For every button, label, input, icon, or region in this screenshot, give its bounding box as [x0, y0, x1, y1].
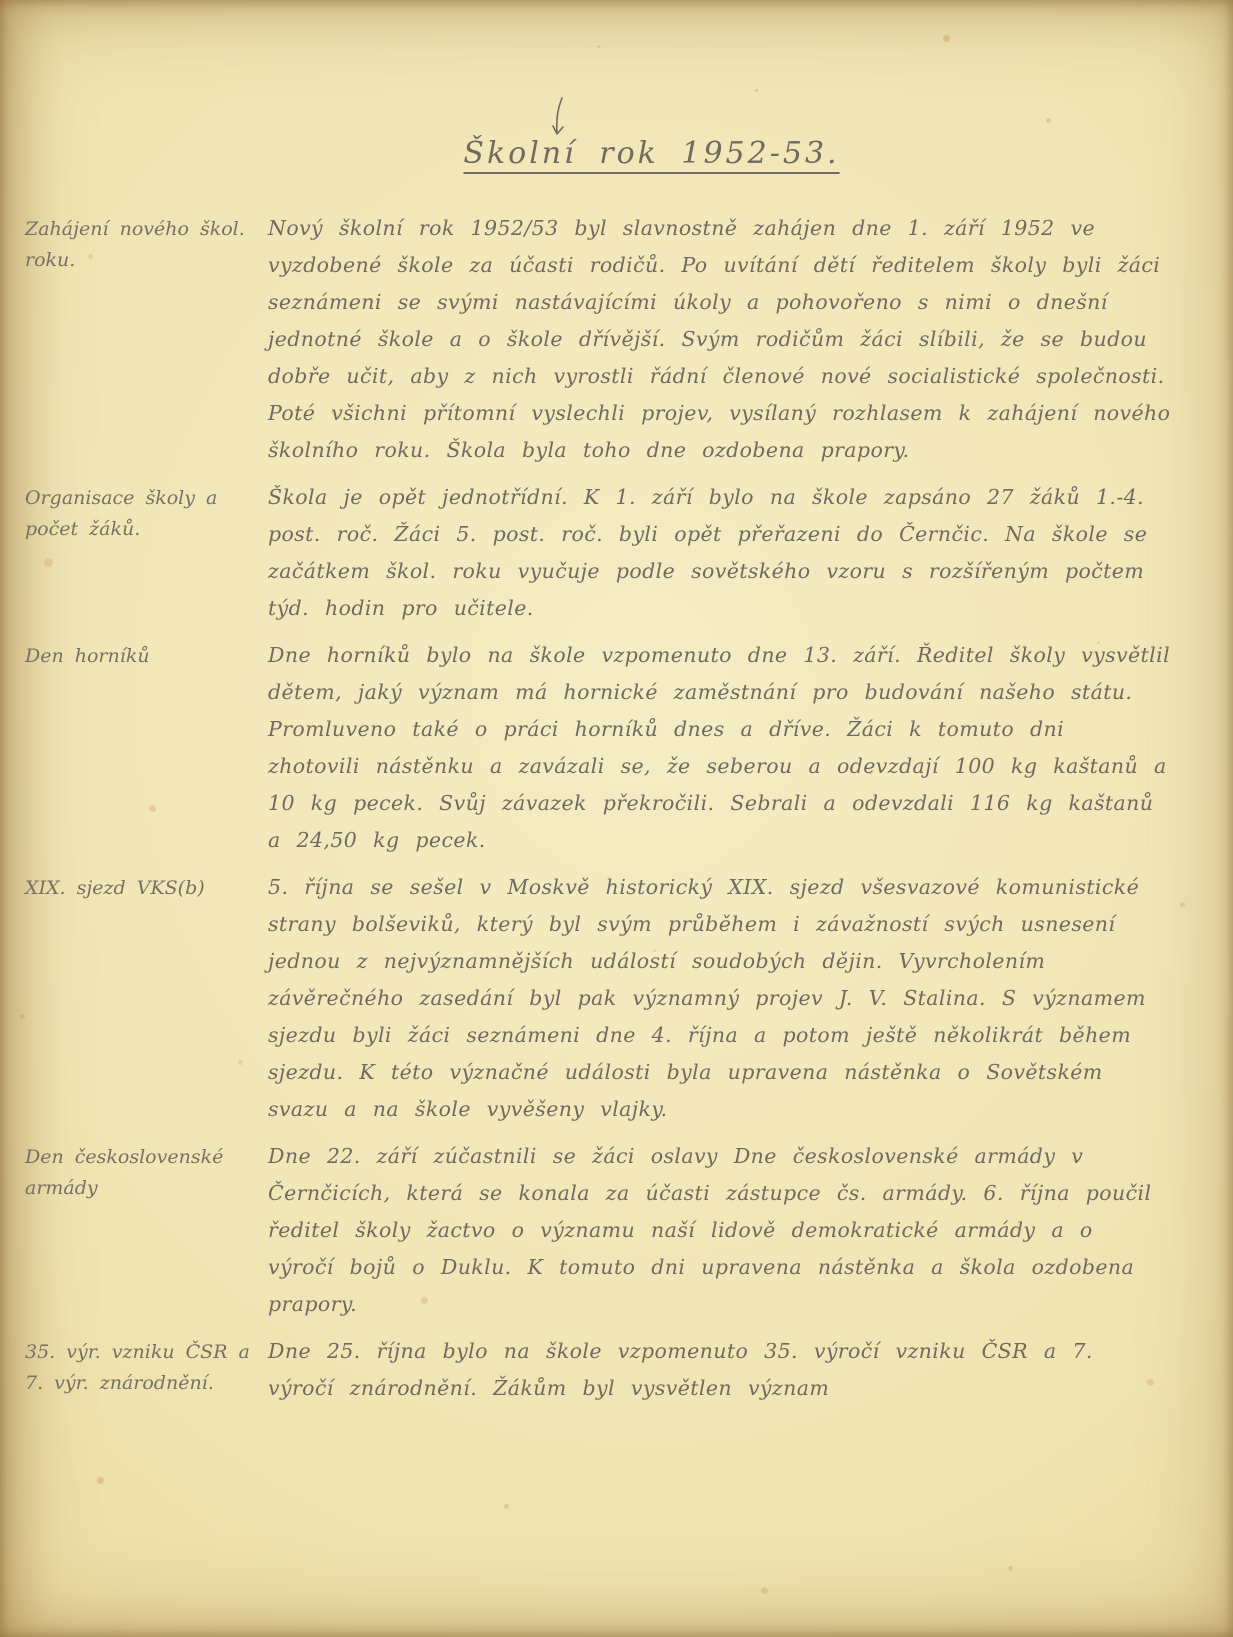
entry-text: 5. října se sešel v Moskvě historický XI… [268, 869, 1171, 1128]
margin-note: Zahájení nového škol. roku. [25, 210, 250, 469]
page-header: Školní rok 1952-53. [0, 0, 1233, 192]
margin-note: Den československé armády [25, 1138, 250, 1323]
chronicle-page: Školní rok 1952-53. Zahájení nového škol… [0, 0, 1233, 1637]
entry-text: Dne horníků bylo na škole vzpomenuto dne… [268, 637, 1171, 859]
entry-text: Dne 22. září zúčastnili se žáci oslavy D… [268, 1138, 1171, 1323]
margin-note: Den horníků [25, 637, 250, 859]
entry-army-day: Den československé armády Dne 22. září z… [25, 1138, 1171, 1323]
stray-ink-mark [548, 96, 570, 138]
page-title: Školní rok 1952-53. [70, 96, 1233, 171]
chronicle-body: Zahájení nového škol. roku. Nový školní … [0, 192, 1233, 1407]
entry-miners-day: Den horníků Dne horníků bylo na škole vz… [25, 637, 1171, 859]
entry-xix-congress: XIX. sjezd VKS(b) 5. října se sešel v Mo… [25, 869, 1171, 1128]
entry-csr-anniversary: 35. výr. vzniku ČSR a 7. výr. znárodnění… [25, 1333, 1171, 1407]
margin-note: Organisace školy a počet žáků. [25, 479, 250, 627]
entry-text: Nový školní rok 1952/53 byl slavnostně z… [268, 210, 1171, 469]
entry-school-organisation: Organisace školy a počet žáků. Škola je … [25, 479, 1171, 627]
margin-note: 35. výr. vzniku ČSR a 7. výr. znárodnění… [25, 1333, 250, 1407]
margin-note: XIX. sjezd VKS(b) [25, 869, 250, 1128]
entry-school-year-opening: Zahájení nového škol. roku. Nový školní … [25, 210, 1171, 469]
entry-text: Dne 25. října bylo na škole vzpomenuto 3… [268, 1333, 1171, 1407]
entry-text: Škola je opět jednotřídní. K 1. září byl… [268, 479, 1171, 627]
